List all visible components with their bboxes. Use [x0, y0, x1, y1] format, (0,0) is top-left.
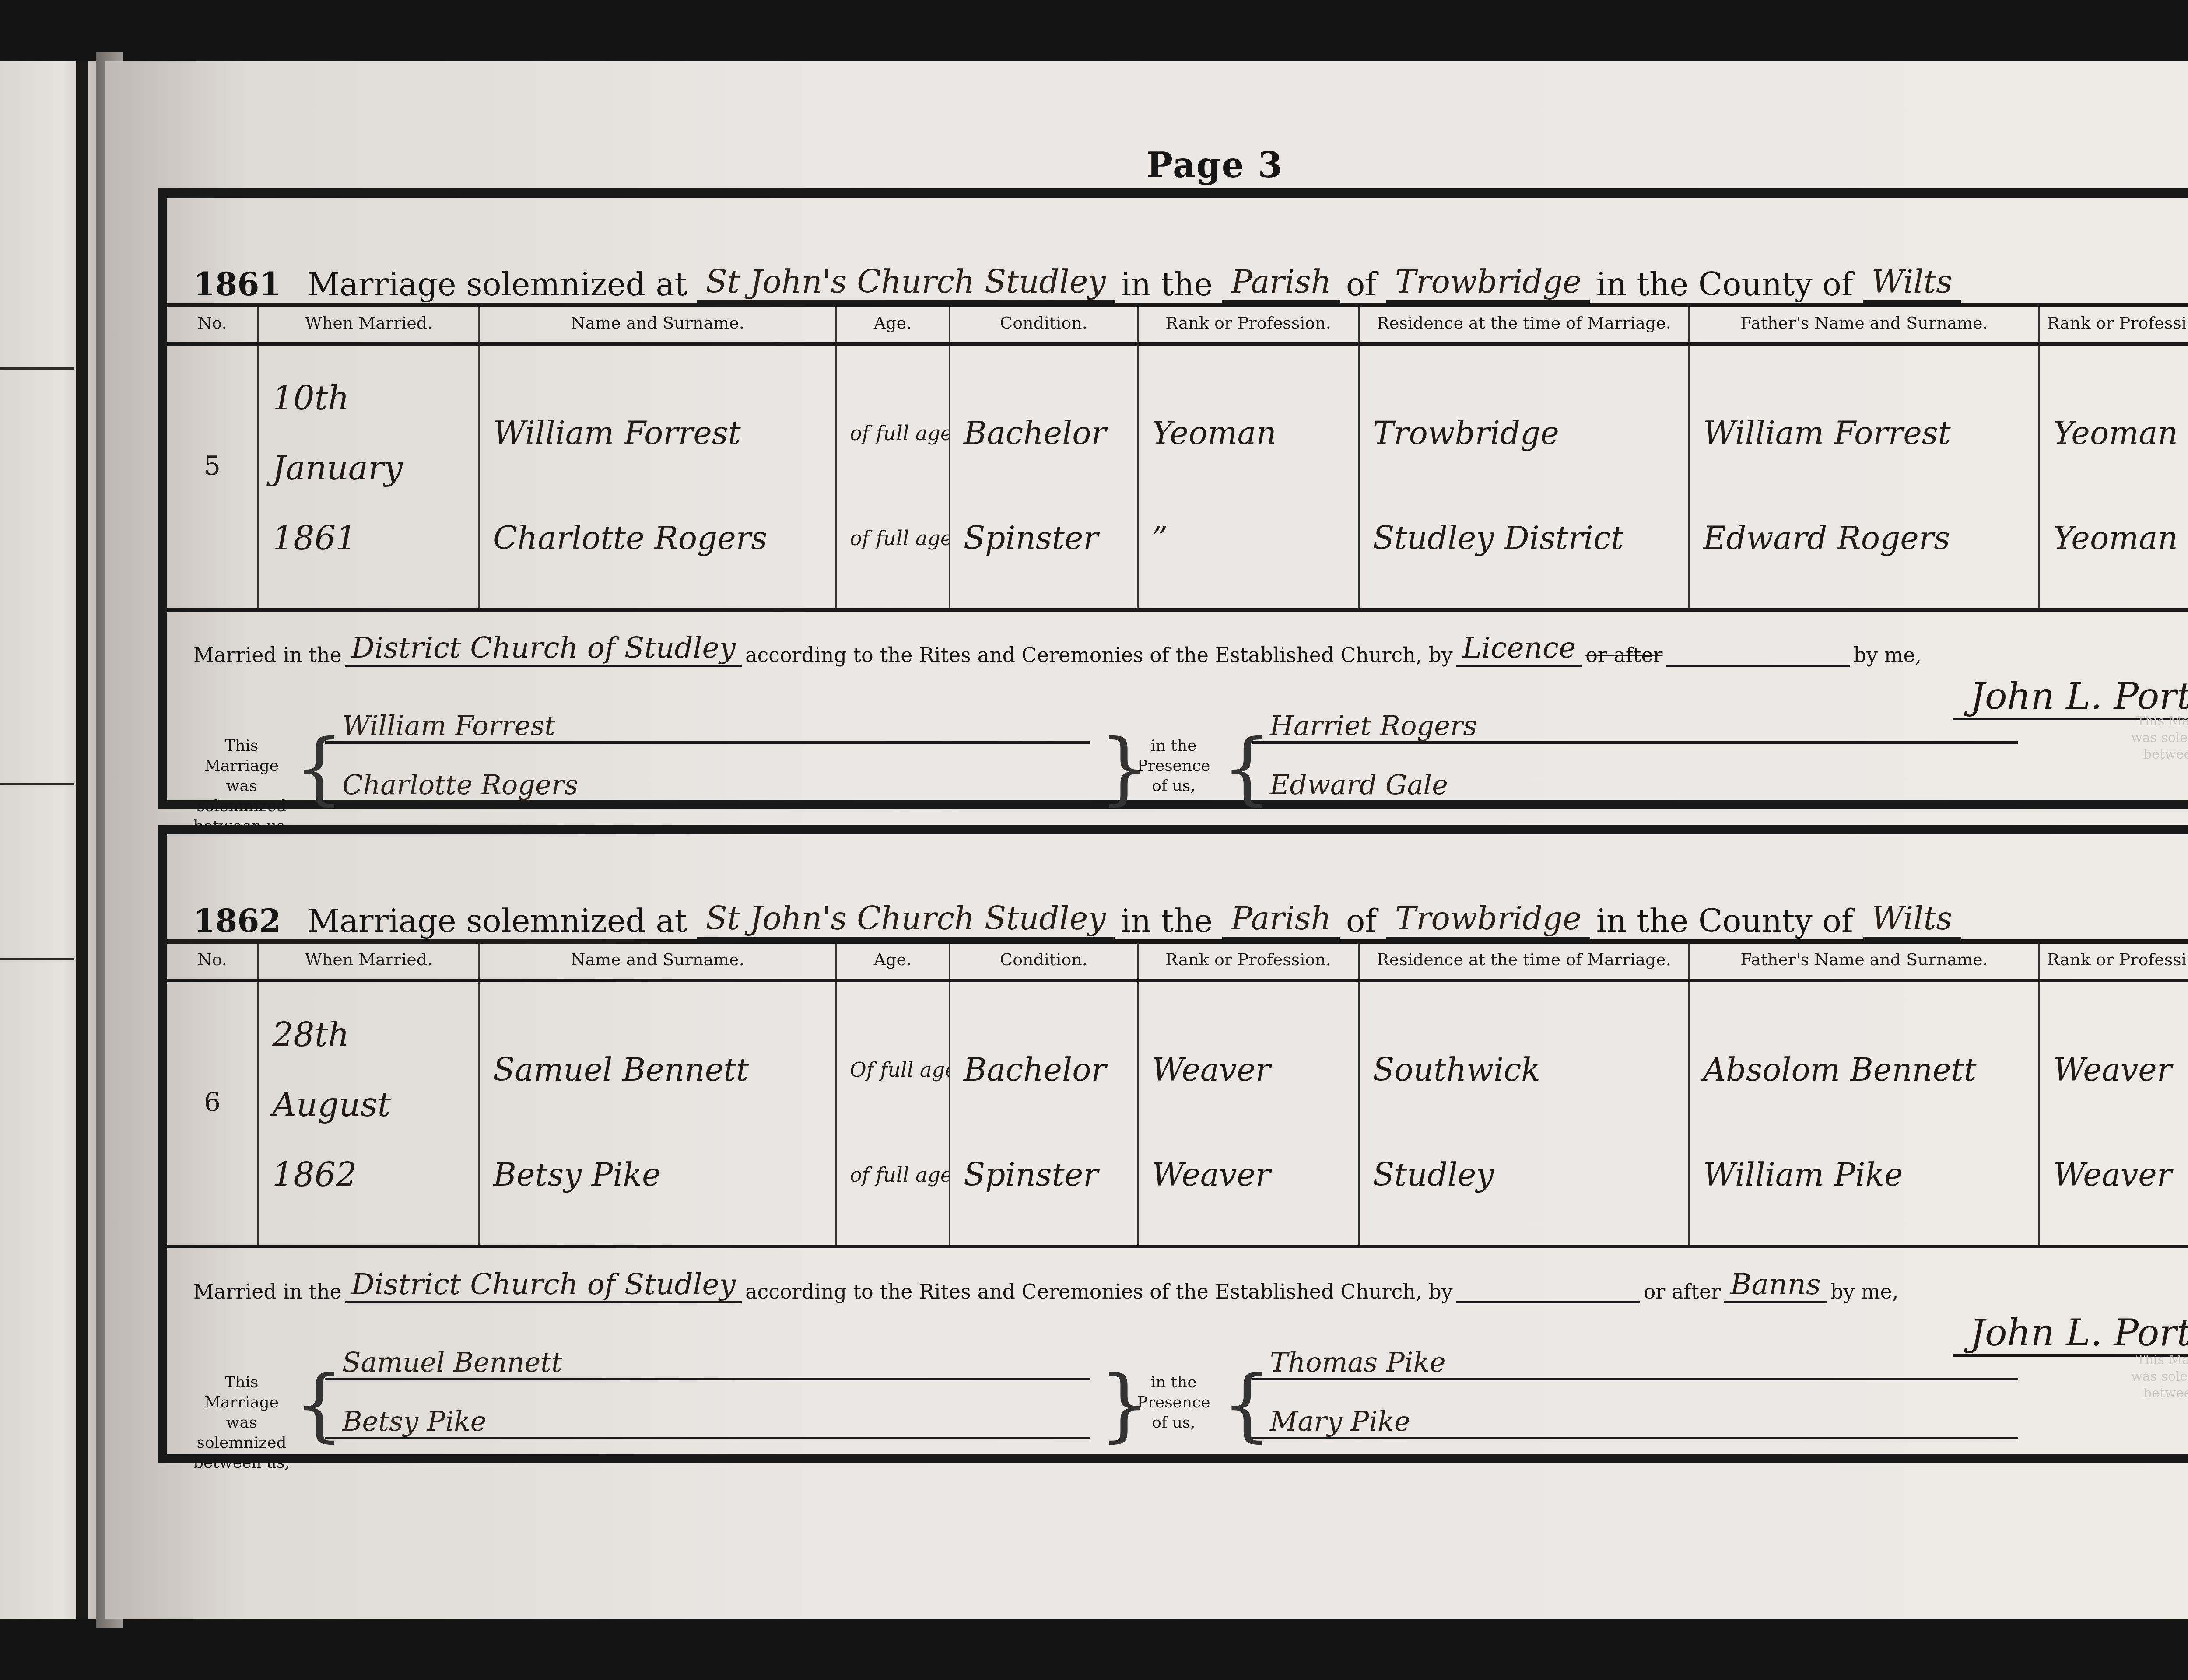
married-in-line: Married in the District Church of Studle…: [193, 631, 2188, 667]
bride-father-name: Edward Rogers: [1703, 486, 2038, 591]
entry-number: 5: [167, 346, 259, 608]
day: 28th: [272, 1000, 478, 1070]
groom-condition: Bachelor: [964, 381, 1137, 486]
label-married-in: Married in the: [193, 643, 342, 667]
residences: Southwick Studley: [1360, 982, 1690, 1245]
bride-father-rank: Yeoman: [2053, 486, 2188, 591]
ranks: Weaver Weaver: [1139, 982, 1360, 1245]
col-rank: Rank or Profession.: [1139, 944, 1360, 979]
month: August: [272, 1070, 478, 1140]
col-age: Age.: [837, 944, 950, 979]
bleed-through-text: This Marriagewas solemnizedbetween us,: [2131, 1352, 2188, 1402]
signatures-block: This Marriagewas solemnizedbetween us, {…: [193, 1372, 2188, 1447]
marriage-entry-5: 1861 Marriage solemnized at St John's Ch…: [158, 188, 2188, 809]
label-solemnized-at: Marriage solemnized at: [307, 903, 687, 939]
ages: Of full age of full age: [837, 982, 950, 1245]
groom-residence: Southwick: [1373, 1017, 1688, 1122]
signatures-block: This Marriagewas solemnizedbetween us, {…: [193, 736, 2188, 810]
groom-rank: Weaver: [1152, 1017, 1358, 1122]
party-signature-2: Charlotte Rogers: [325, 769, 1090, 803]
facing-page-edge: [0, 61, 105, 1619]
groom-father-name: Absolom Bennett: [1703, 1017, 2038, 1122]
bride-residence: Studley: [1373, 1122, 1688, 1227]
label-of: of: [1346, 266, 1377, 303]
label-married-in: Married in the: [193, 1280, 342, 1303]
groom-condition: Bachelor: [964, 1017, 1137, 1122]
label-rites: according to the Rites and Ceremonies of…: [745, 643, 1453, 667]
label-or-after: or after: [1585, 643, 1662, 667]
header-rule: [167, 303, 2188, 307]
church-name: St John's Church Studley: [697, 263, 1115, 303]
label-solemnized-at: Marriage solemnized at: [307, 266, 687, 303]
col-no: No.: [167, 307, 259, 342]
col-age: Age.: [837, 307, 950, 342]
witness-signature-1: Thomas Pike: [1252, 1346, 2018, 1380]
witness-signature-2: Mary Pike: [1252, 1405, 2018, 1439]
ranks: Yeoman ”: [1139, 346, 1360, 608]
col-name: Name and Surname.: [480, 307, 837, 342]
day: 10th: [272, 363, 478, 433]
church-name: St John's Church Studley: [697, 900, 1115, 939]
party-signature-2: Betsy Pike: [325, 1405, 1090, 1439]
label-in-the: in the: [1121, 903, 1213, 939]
groom-father-name: William Forrest: [1703, 381, 2038, 486]
label-of: of: [1346, 903, 1377, 939]
bride-name: Charlotte Rogers: [493, 486, 835, 591]
bride-rank: Weaver: [1152, 1122, 1358, 1227]
fathers-ranks: Weaver Weaver: [2040, 982, 2188, 1245]
page-title: Page 3: [1147, 144, 1283, 185]
col-residence: Residence at the time of Marriage.: [1360, 307, 1690, 342]
header-rule: [167, 939, 2188, 944]
col-name: Name and Surname.: [480, 944, 837, 979]
residences: Trowbridge Studley District: [1360, 346, 1690, 608]
married-in-church: District Church of Studley: [345, 1267, 742, 1303]
fathers-names: Absolom Bennett William Pike: [1690, 982, 2040, 1245]
year: 1861: [272, 503, 478, 573]
bride-rank: ”: [1152, 486, 1358, 591]
groom-age: Of full age: [850, 1017, 949, 1122]
groom-age: of full age: [850, 381, 949, 486]
witness-signature-1: Harriet Rogers: [1252, 710, 2018, 744]
names: William Forrest Charlotte Rogers: [480, 346, 837, 608]
col-when-married: When Married.: [259, 307, 480, 342]
bride-father-name: William Pike: [1703, 1122, 2038, 1227]
conditions: Bachelor Spinster: [950, 982, 1139, 1245]
col-condition: Condition.: [950, 307, 1139, 342]
col-father-rank: Rank or Profession of Father.: [2040, 307, 2188, 342]
bride-age: of full age: [850, 486, 949, 591]
groom-name: William Forrest: [493, 381, 835, 486]
label-presence: in thePresenceof us,: [1134, 736, 1213, 796]
facing-page-rule: [0, 958, 74, 960]
party-signature-1: Samuel Bennett: [325, 1346, 1090, 1380]
by-method: Licence: [1456, 631, 1582, 667]
entry-year: 1862: [193, 902, 281, 939]
col-no: No.: [167, 944, 259, 979]
married-in-church: District Church of Studley: [345, 631, 742, 667]
marriage-entry-6: 1862 Marriage solemnized at St John's Ch…: [158, 825, 2188, 1463]
or-after-method: Banns: [1724, 1267, 1827, 1303]
col-father-rank: Rank or Profession of Father.: [2040, 944, 2188, 979]
bride-father-rank: Weaver: [2053, 1122, 2188, 1227]
col-father-name: Father's Name and Surname.: [1690, 944, 2040, 979]
col-when-married: When Married.: [259, 944, 480, 979]
when-married: 10th January 1861: [259, 346, 480, 608]
parish-name: Trowbridge: [1386, 900, 1590, 939]
label-or-after: or after: [1644, 1280, 1721, 1303]
witness-signature-2: Edward Gale: [1252, 769, 2018, 803]
groom-father-rank: Weaver: [2053, 1017, 2188, 1122]
party-signature-1: William Forrest: [325, 710, 1090, 744]
col-rank: Rank or Profession.: [1139, 307, 1360, 342]
label-by-me: by me,: [1854, 643, 1922, 667]
parish-type: Parish: [1222, 900, 1340, 939]
entry-header: 1862 Marriage solemnized at St John's Ch…: [193, 852, 2188, 939]
bleed-through-text: This Marriagewas solemnizedbetween us,: [2131, 713, 2188, 763]
married-in-line: Married in the District Church of Studle…: [193, 1267, 2188, 1303]
county-name: Wilts: [1863, 263, 1961, 303]
label-between-us: This Marriagewas solemnizedbetween us,: [193, 1372, 290, 1473]
column-headers: No. When Married. Name and Surname. Age.…: [167, 944, 2188, 979]
bride-condition: Spinster: [964, 486, 1137, 591]
conditions: Bachelor Spinster: [950, 346, 1139, 608]
entry-rows: 5 10th January 1861 William Forrest Char…: [167, 342, 2188, 612]
bride-name: Betsy Pike: [493, 1122, 835, 1227]
col-residence: Residence at the time of Marriage.: [1360, 944, 1690, 979]
facing-page-frame: [76, 61, 88, 1619]
county-name: Wilts: [1863, 900, 1961, 939]
groom-father-rank: Yeoman: [2053, 381, 2188, 486]
label-between-us: This Marriagewas solemnizedbetween us,: [193, 736, 290, 836]
label-presence: in thePresenceof us,: [1134, 1372, 1213, 1433]
names: Samuel Bennett Betsy Pike: [480, 982, 837, 1245]
label-county: in the County of: [1596, 903, 1853, 939]
facing-page-rule: [0, 783, 74, 785]
column-headers: No. When Married. Name and Surname. Age.…: [167, 307, 2188, 342]
label-rites: according to the Rites and Ceremonies of…: [745, 1280, 1453, 1303]
parish-name: Trowbridge: [1386, 263, 1590, 303]
entry-year: 1861: [193, 266, 281, 303]
year: 1862: [272, 1140, 478, 1210]
entry-rows: 6 28th August 1862 Samuel Bennett Betsy …: [167, 979, 2188, 1248]
col-condition: Condition.: [950, 944, 1139, 979]
ages: of full age of full age: [837, 346, 950, 608]
or-after-blank: [1666, 665, 1850, 667]
entry-header: 1861 Marriage solemnized at St John's Ch…: [193, 215, 2188, 303]
label-county: in the County of: [1596, 266, 1853, 303]
label-in-the: in the: [1121, 266, 1213, 303]
col-father-name: Father's Name and Surname.: [1690, 307, 2040, 342]
when-married: 28th August 1862: [259, 982, 480, 1245]
month: January: [272, 433, 478, 503]
by-blank: [1456, 1301, 1640, 1303]
groom-rank: Yeoman: [1152, 381, 1358, 486]
bride-residence: Studley District: [1373, 486, 1688, 591]
facing-page-rule: [0, 367, 74, 370]
entry-number: 6: [167, 982, 259, 1245]
groom-name: Samuel Bennett: [493, 1017, 835, 1122]
groom-residence: Trowbridge: [1373, 381, 1688, 486]
fathers-names: William Forrest Edward Rogers: [1690, 346, 2040, 608]
label-by-me: by me,: [1830, 1280, 1899, 1303]
bride-condition: Spinster: [964, 1122, 1137, 1227]
fathers-ranks: Yeoman Yeoman: [2040, 346, 2188, 608]
parish-type: Parish: [1222, 263, 1340, 303]
bride-age: of full age: [850, 1122, 949, 1227]
